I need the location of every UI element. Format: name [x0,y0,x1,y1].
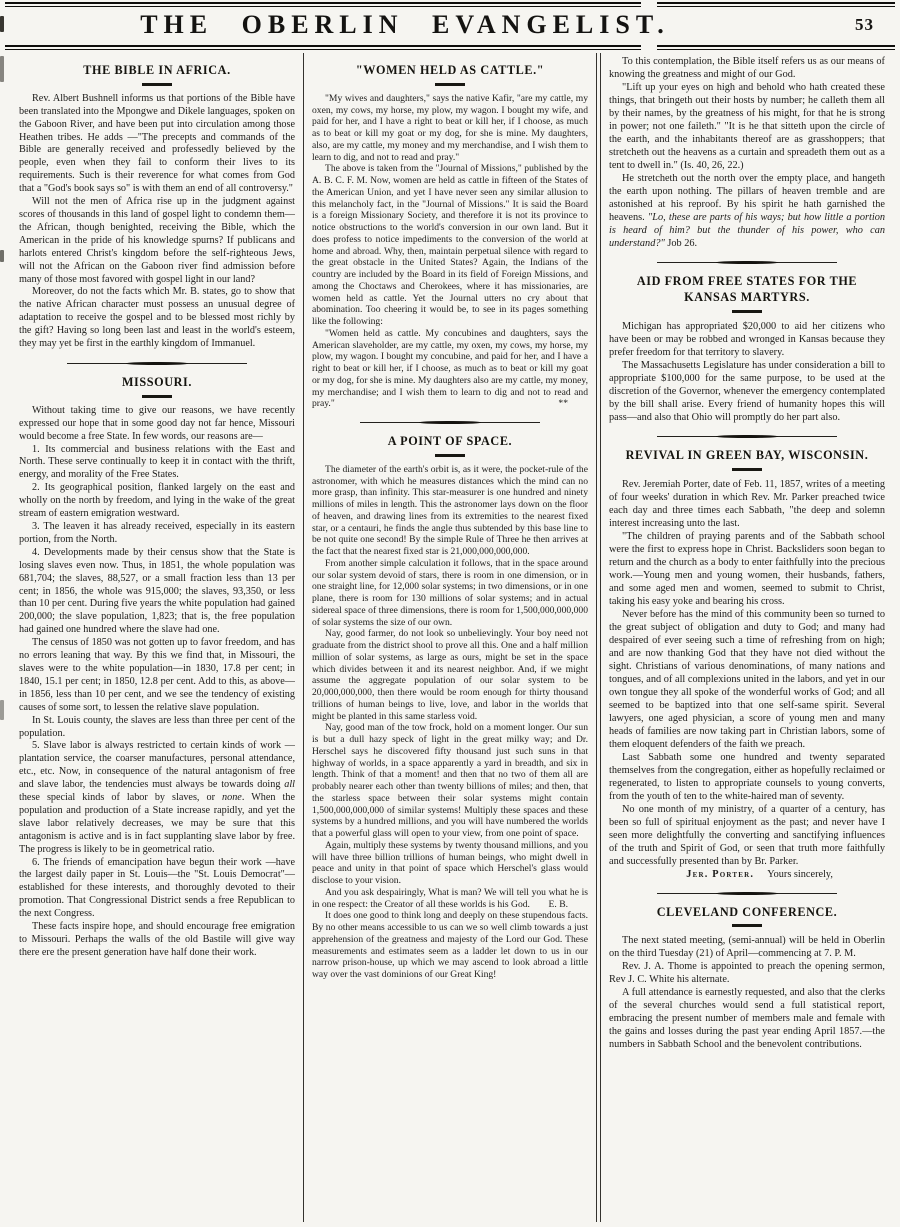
scan-artifact [0,700,4,720]
text-segment: 5. Slave labor is always restricted to c… [19,740,295,790]
text-segment: these special kinds of labor by slaves, … [19,792,222,803]
article-title: MISSOURI. [23,375,291,391]
scan-artifact [0,56,4,82]
text-segment: none [222,792,242,803]
paragraph: 2. Its geographical position, flanked la… [19,482,295,521]
article-title: A POINT OF SPACE. [316,434,584,450]
text-segment: E. B. [536,899,568,911]
paragraph: Will not the men of Africa rise up in th… [19,196,295,286]
text-segment: all [284,779,295,790]
title-rule [142,395,172,398]
paragraph: "The children of praying parents and of … [609,530,885,608]
paragraph: Rev. Jeremiah Porter, date of Feb. 11, 1… [609,478,885,530]
title-rule [435,454,465,457]
paragraph: Rev. Albert Bushnell informs us that por… [19,93,295,196]
title-rule [142,83,172,86]
paragraph: He stretcheth out the north over the emp… [609,172,885,250]
text-segment: Job 26. [665,238,697,249]
paragraph: Michigan has appropriated $20,000 to aid… [609,320,885,359]
paragraph: It does one good to think long and deepl… [312,910,588,981]
paragraph: These facts inspire hope, and should enc… [19,921,295,960]
paragraph: No one month of my ministry, of a quarte… [609,803,885,868]
article-divider [360,419,540,426]
paragraph: "Lift up your eyes on high and behold wh… [609,81,885,172]
paragraph: The next stated meeting, (semi-annual) w… [609,934,885,960]
text-segment: "Lo, these are parts of his ways; but ho… [609,212,885,249]
title-rule [732,924,762,927]
paragraph: "My wives and daughters," says the nativ… [312,93,588,164]
paragraph: The census of 1850 was not gotten up to … [19,637,295,714]
article-divider [657,433,837,440]
article-title: "WOMEN HELD AS CATTLE." [316,63,584,79]
column-1: THE BIBLE IN AFRICA.Rev. Albert Bushnell… [11,52,303,1222]
paragraph: In St. Louis county, the slaves are less… [19,715,295,741]
scan-artifact [0,16,4,32]
article-title: REVIVAL IN GREEN BAY, WISCONSIN. [613,448,881,464]
paragraph: Without taking time to give our reasons,… [19,405,295,444]
article-title: THE BIBLE IN AFRICA. [23,63,291,79]
paragraph: Nay, good farmer, do not look so unbelie… [312,628,588,722]
paragraph: A full attendance is earnestly requested… [609,986,885,1051]
article-divider [657,890,837,897]
title-rule [732,468,762,471]
paragraph: 5. Slave labor is always restricted to c… [19,740,295,856]
paragraph: Rev. J. A. Thome is appointed to preach … [609,960,885,986]
text-segment: "Women held as cattle. My concubines and… [312,328,588,410]
page-body: THE BIBLE IN AFRICA.Rev. Albert Bushnell… [0,52,900,1222]
paragraph: 6. The friends of emancipation have begu… [19,857,295,922]
scan-artifact [0,250,4,262]
paragraph: From another simple calculation it follo… [312,558,588,629]
paragraph: Moreover, do not the facts which Mr. B. … [19,286,295,351]
masthead-title: THE OBERLIN EVANGELIST. [0,10,810,40]
masthead-row: THE OBERLIN EVANGELIST. 53 [0,7,900,45]
article-title: AID FROM FREE STATES FOR THE KANSAS MART… [613,274,881,306]
column-2: "WOMEN HELD AS CATTLE.""My wives and dau… [304,52,596,1222]
paragraph: "Women held as cattle. My concubines and… [312,328,588,410]
newspaper-page: THE OBERLIN EVANGELIST. 53 THE BIBLE IN … [0,0,900,1227]
bottom-rule-right [657,45,895,50]
paragraph: Last Sabbath some one hundred and twenty… [609,751,885,803]
column-3: To this contemplation, the Bible itself … [601,52,893,1222]
page-number: 53 [855,15,874,35]
paragraph: 1. Its commercial and business relations… [19,444,295,483]
text-segment: Yours sincerely, [754,868,833,881]
header-top-rule [0,0,900,7]
paragraph: To this contemplation, the Bible itself … [609,55,885,81]
bottom-rule-left [5,45,641,50]
paragraph: Nay, good man of the tow frock, hold on … [312,722,588,840]
paragraph: The Massachusetts Legislature has under … [609,359,885,424]
paragraph: Never before has the mind of this commun… [609,608,885,751]
title-rule [732,310,762,313]
article-title: CLEVELAND CONFERENCE. [613,905,881,921]
paragraph: The diameter of the earth's orbit is, as… [312,464,588,558]
paragraph: 3. The leaven it has already received, e… [19,521,295,547]
article-divider [67,360,247,367]
title-rule [435,83,465,86]
article-divider [657,259,837,266]
paragraph: 4. Developments made by their census sho… [19,547,295,637]
paragraph: Again, multiply these systems by twenty … [312,840,588,887]
text-segment: No one month of my ministry, of a quarte… [609,804,885,867]
text-segment: ** [545,398,568,410]
text-segment: Jer. Porter. [686,869,754,880]
paragraph: And you ask despairingly, What is man? W… [312,887,588,911]
header-bottom-rule [0,45,900,50]
paragraph: The above is taken from the "Journal of … [312,163,588,328]
